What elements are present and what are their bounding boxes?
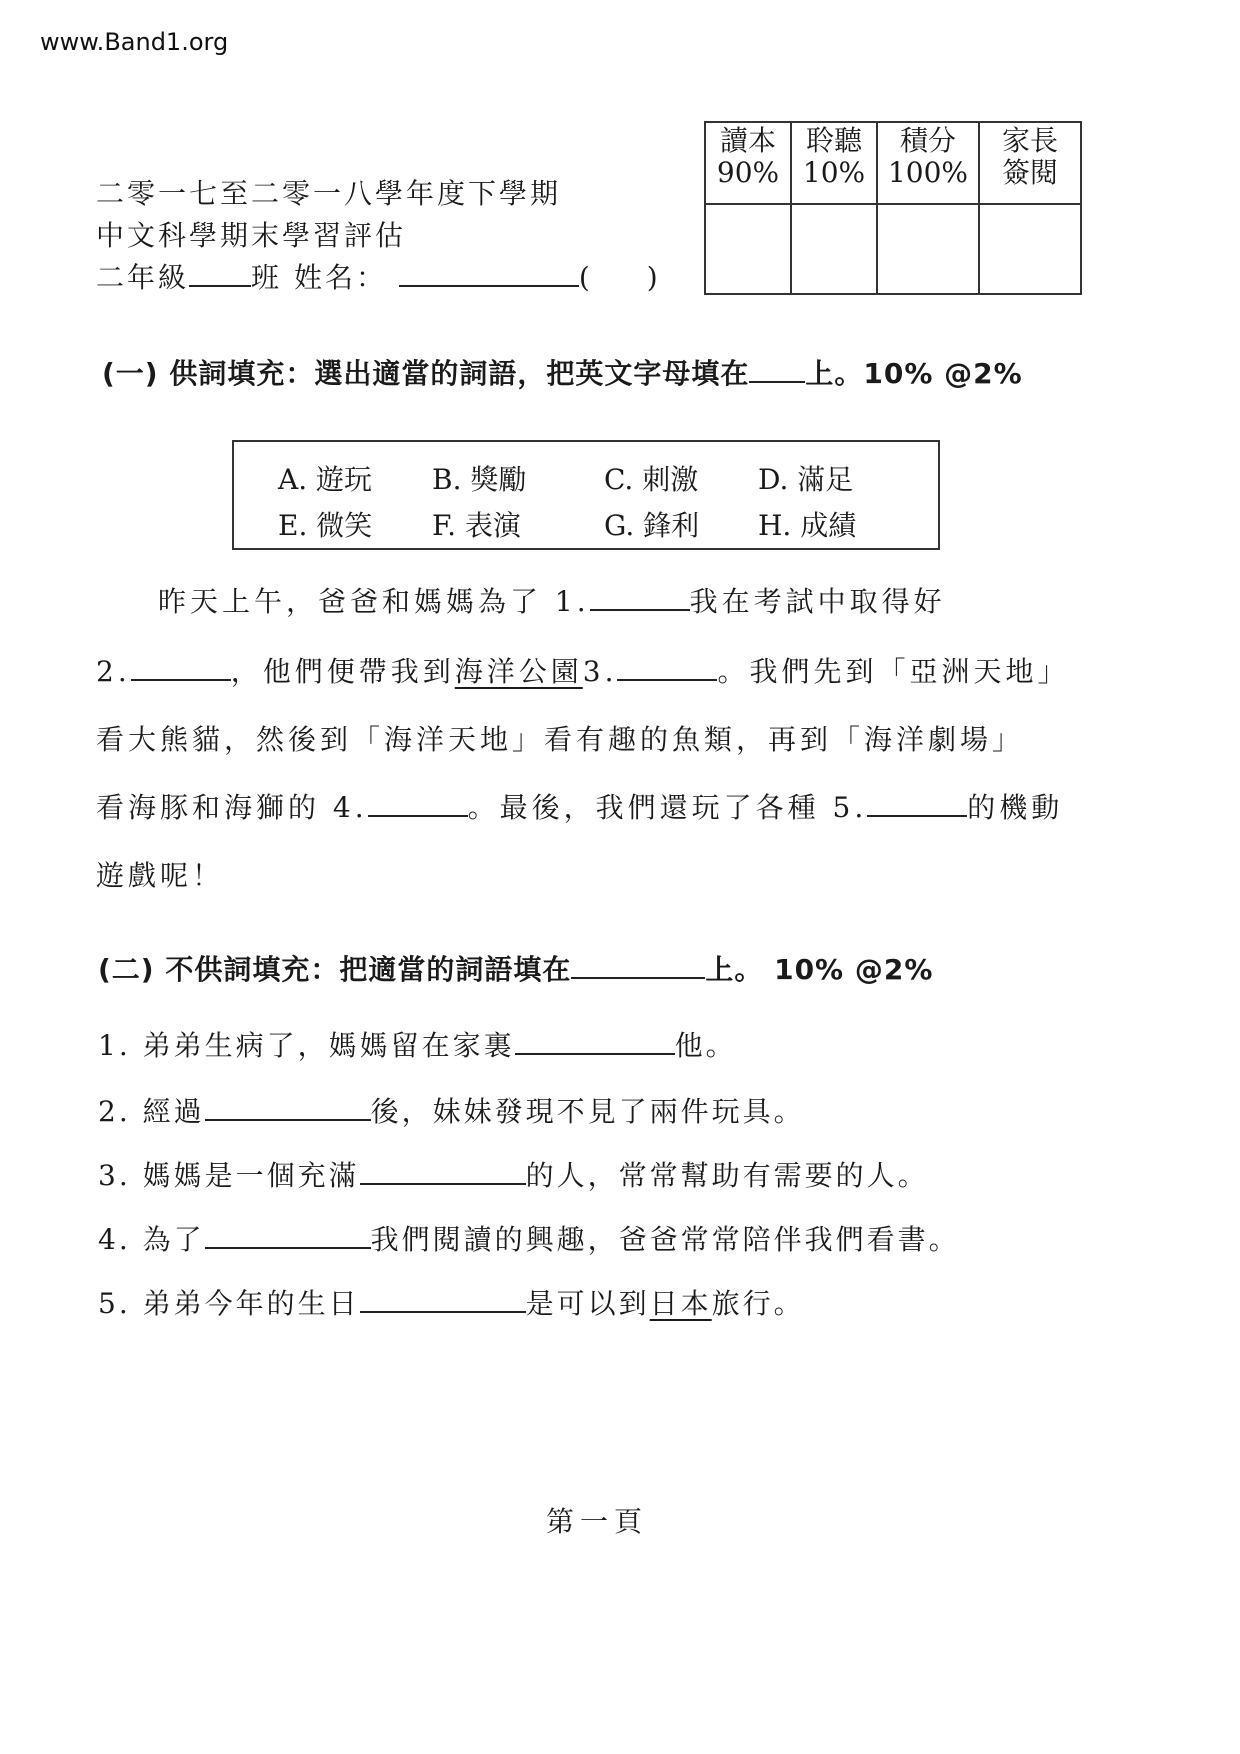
school-year-title: 二零一七至二零一八學年度下學期	[96, 172, 561, 212]
score-col-reading: 讀本90%	[705, 122, 791, 204]
passage-line-4: 看海豚和海獅的 4.。最後，我們還玩了各種 5.的機動	[96, 786, 1063, 826]
student-info-line: 二年級班 姓名： ()	[96, 256, 661, 296]
paren-close: )	[647, 261, 661, 294]
score-col-parent-sign: 家長簽閱	[979, 122, 1081, 204]
question-3: 3. 媽媽是一個充滿的人，常常幫助有需要的人。	[98, 1154, 929, 1194]
paren-open: (	[579, 261, 593, 294]
word-option-e: E. 微笑	[278, 504, 372, 544]
question-4: 4. 為了我們閱讀的興趣，爸爸常常陪伴我們看書。	[98, 1218, 960, 1258]
word-option-f: F. 表演	[432, 504, 521, 544]
name-label: 姓名：	[294, 261, 387, 294]
answer-blank-4[interactable]	[205, 1221, 371, 1249]
word-option-g: G. 鋒利	[604, 504, 699, 544]
word-option-h: H. 成績	[758, 504, 856, 544]
page-number: 第一頁	[546, 1500, 648, 1540]
class-label: 班	[251, 261, 282, 294]
score-table: 讀本90% 聆聽10% 積分100% 家長簽閱	[704, 121, 1082, 295]
section1-title: (一) 供詞填充：選出適當的詞語，把英文字母填在上。10% @2%	[102, 352, 1023, 392]
question-1: 1. 弟弟生病了，媽媽留在家裏他。	[98, 1024, 737, 1064]
grade-label: 二年級	[96, 261, 189, 294]
answer-blank-3[interactable]	[360, 1157, 526, 1185]
score-col-total: 積分100%	[877, 122, 979, 204]
example-blank	[749, 357, 805, 383]
word-option-c: C. 刺激	[604, 458, 698, 498]
passage-line-5: 遊戲呢！	[96, 854, 224, 894]
question-2: 2. 經過後，妹妹發現不見了兩件玩具。	[98, 1090, 805, 1130]
word-bank: A. 遊玩 B. 獎勵 C. 刺激 D. 滿足 E. 微笑 F. 表演 G. 鋒…	[232, 440, 940, 550]
passage-blank-4[interactable]	[368, 789, 468, 817]
exam-title: 中文科學期末學習評估	[96, 214, 406, 254]
section2-title: (二) 不供詞填充：把適當的詞語填在上。 10% @2%	[98, 948, 933, 988]
passage-line-1: 昨天上午，爸爸和媽媽為了 1.我在考試中取得好	[158, 580, 946, 620]
passage-blank-5[interactable]	[867, 789, 967, 817]
word-option-a: A. 遊玩	[278, 458, 372, 498]
example-blank-2	[571, 953, 705, 979]
passage-blank-3[interactable]	[617, 653, 717, 681]
word-option-d: D. 滿足	[758, 458, 853, 498]
score-col-listening: 聆聽10%	[791, 122, 877, 204]
name-blank[interactable]	[399, 259, 579, 287]
score-cell-total[interactable]	[877, 204, 979, 294]
question-5: 5. 弟弟今年的生日是可以到日本旅行。	[98, 1282, 805, 1322]
score-cell-parent-sign[interactable]	[979, 204, 1081, 294]
passage-line-2: 2.，他們便帶我到海洋公園3.。我們先到「亞洲天地」	[96, 650, 1069, 690]
passage-blank-1[interactable]	[590, 583, 690, 611]
site-watermark: www.Band1.org	[40, 28, 228, 56]
class-blank[interactable]	[189, 259, 251, 287]
score-cell-listening[interactable]	[791, 204, 877, 294]
answer-blank-1[interactable]	[515, 1027, 675, 1055]
score-cell-reading[interactable]	[705, 204, 791, 294]
word-option-b: B. 獎勵	[432, 458, 526, 498]
passage-blank-2[interactable]	[131, 653, 231, 681]
answer-blank-5[interactable]	[360, 1285, 526, 1313]
passage-line-3: 看大熊貓，然後到「海洋天地」看有趣的魚類，再到「海洋劇場」	[96, 718, 1024, 758]
answer-blank-2[interactable]	[205, 1093, 371, 1121]
